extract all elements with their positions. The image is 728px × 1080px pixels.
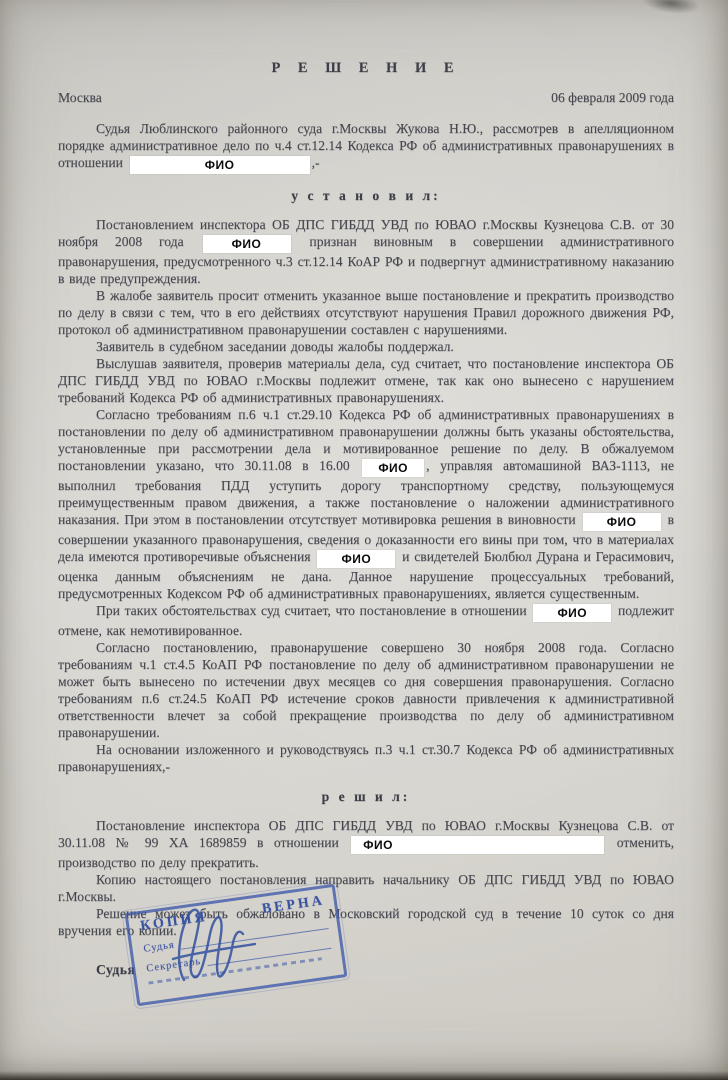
- document-photo: Р Е Ш Е Н И Е Москва 06 февраля 2009 год…: [0, 0, 728, 1080]
- paragraph-intro: Судья Люблинского районного суда г.Москв…: [58, 120, 674, 174]
- redaction-fio: ФИО: [533, 604, 611, 622]
- paragraph-limitation-period: Согласно постановлению, правонарушение с…: [58, 639, 674, 741]
- redaction-fio: ФИО: [362, 459, 424, 477]
- court-decision-page: Р Е Ш Е Н И Е Москва 06 февраля 2009 год…: [0, 0, 728, 1080]
- redaction-fio: ФИО: [203, 235, 291, 253]
- redaction-fio: ФИО: [351, 836, 604, 854]
- redaction-fio: ФИО: [317, 550, 395, 568]
- paragraph-complaint: В жалобе заявитель просит отменить указа…: [58, 287, 674, 338]
- paragraph-court-opinion: Выслушав заявителя, проверив материалы д…: [58, 355, 674, 406]
- paragraph-claimant-support: Заявитель в судебном заседании доводы жа…: [58, 338, 674, 355]
- section-heading-ustanovil: у с т а н о в и л:: [58, 187, 674, 204]
- redaction-fio: ФИО: [583, 513, 661, 531]
- city-label: Москва: [58, 89, 102, 106]
- meta-row: Москва 06 февраля 2009 года: [58, 89, 674, 106]
- paragraph-ruling-basis: Постановлением инспектора ОБ ДПС ГИБДД У…: [58, 216, 674, 287]
- date-label: 06 февраля 2009 года: [551, 89, 674, 106]
- section-heading-reshil: р е ш и л:: [58, 788, 674, 805]
- paragraph-conclusion: При таких обстоятельствах суд считает, ч…: [58, 602, 674, 639]
- paragraph-legal-grounds: На основании изложенного и руководствуяс…: [58, 741, 674, 775]
- paragraph-decision: Постановление инспектора ОБ ДПС ГИБДД УВ…: [58, 817, 674, 871]
- redaction-fio: ФИО: [130, 156, 310, 174]
- paragraph-code-requirements: Согласно требованиям п.6 ч.1 ст.29.10 Ко…: [58, 406, 674, 602]
- paragraph-copy-dispatch: Копию настоящего постановления направить…: [58, 871, 674, 905]
- document-title: Р Е Ш Е Н И Е: [58, 60, 674, 77]
